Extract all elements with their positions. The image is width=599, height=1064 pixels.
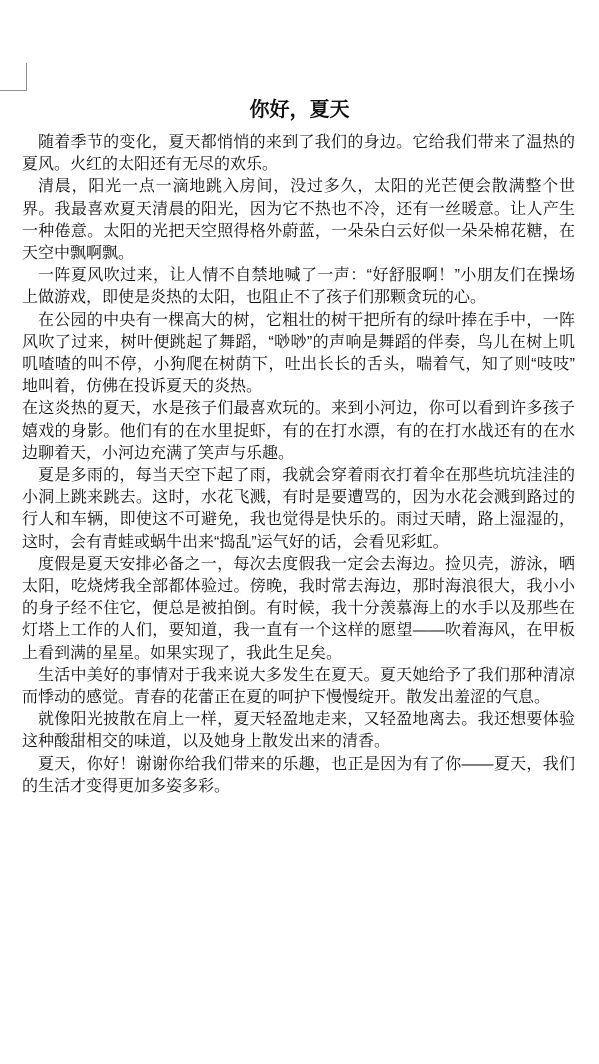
document-page: 你好，夏天 随着季节的变化，夏天都悄悄的来到了我们的身边。它给我们带来了温热的夏… <box>0 0 599 1064</box>
paragraph: 在这炎热的夏天，水是孩子们最喜欢玩的。来到小河边，你可以看到许多孩子嬉戏的身影。… <box>22 398 575 465</box>
paragraph: 随着季节的变化，夏天都悄悄的来到了我们的身边。它给我们带来了温热的夏风。火红的太… <box>22 132 575 176</box>
document-body: 随着季节的变化，夏天都悄悄的来到了我们的身边。它给我们带来了温热的夏风。火红的太… <box>0 132 599 798</box>
page-margin-mark <box>0 63 27 91</box>
paragraph: 在公园的中央有一棵高大的树，它粗壮的树干把所有的绿叶捧在手中，一阵风吹了过来，树… <box>22 310 575 399</box>
paragraph: 就像阳光披散在肩上一样，夏天轻盈地走来，又轻盈地离去。我还想要体验这种酸甜相交的… <box>22 709 575 753</box>
paragraph: 一阵夏风吹过来，让人情不自禁地喊了一声：“好舒服啊！”小朋友们在操场上做游戏，即… <box>22 265 575 309</box>
paragraph: 夏天，你好！谢谢你给我们带来的乐趣，也正是因为有了你——夏天，我们的生活才变得更… <box>22 754 575 798</box>
paragraph: 夏是多雨的，每当天空下起了雨，我就会穿着雨衣打着伞在那些坑坑洼洼的小洞上跳来跳去… <box>22 465 575 554</box>
document-title: 你好，夏天 <box>0 99 599 122</box>
paragraph: 度假是夏天安排必备之一，每次去度假我一定会去海边。捡贝壳，游泳，晒太阳，吃烧烤我… <box>22 554 575 665</box>
paragraph: 清晨，阳光一点一滴地跳入房间，没过多久，太阳的光芒便会散满整个世界。我最喜欢夏天… <box>22 176 575 265</box>
paragraph: 生活中美好的事情对于我来说大多发生在夏天。夏天她给予了我们那种清凉而悸动的感觉。… <box>22 665 575 709</box>
